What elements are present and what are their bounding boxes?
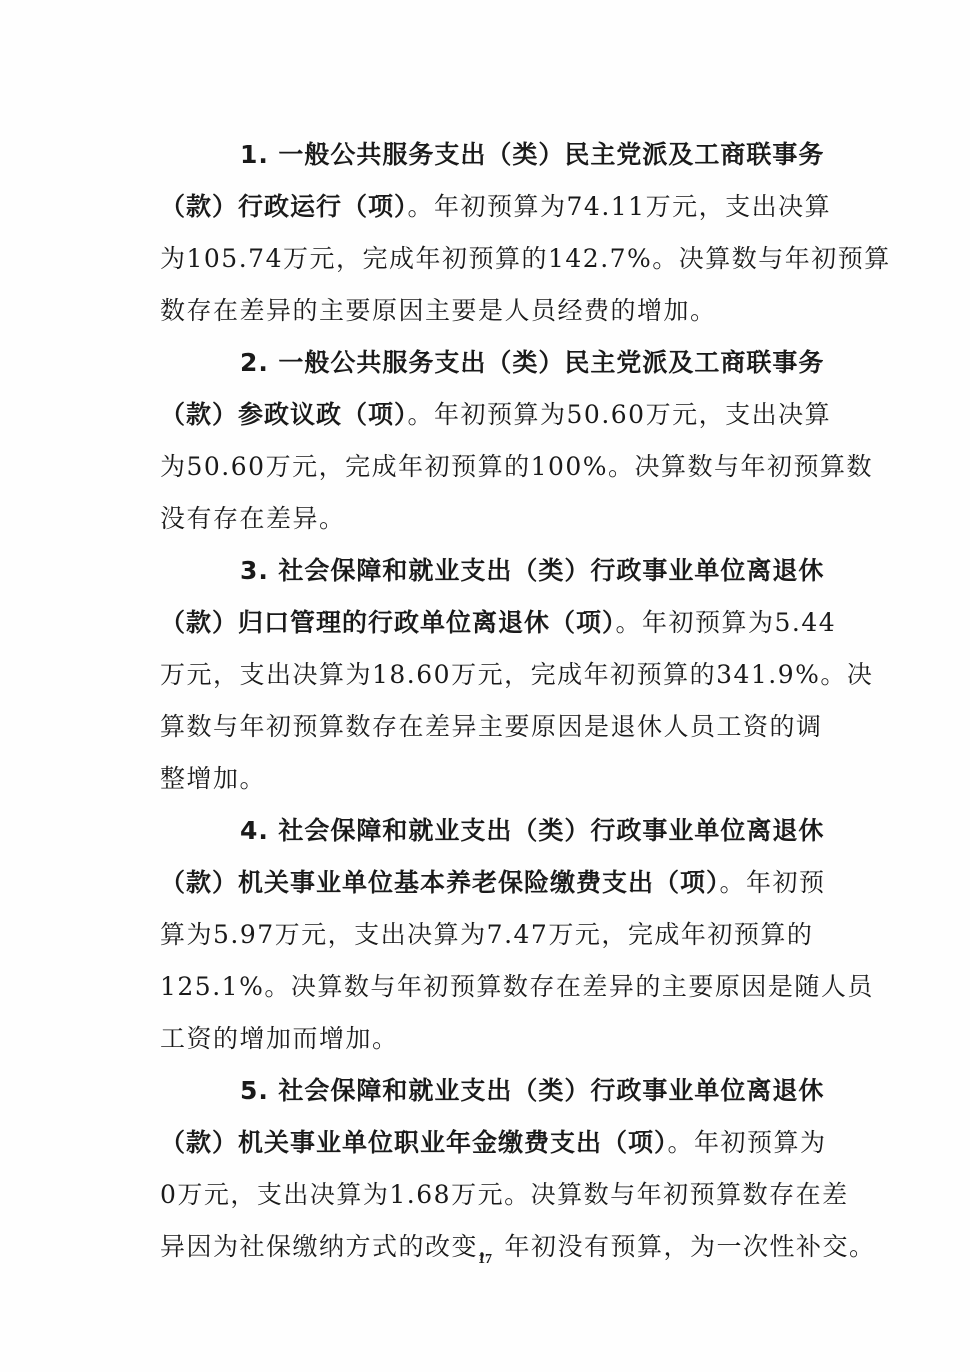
paragraph-1-line: 为105.74万元，完成年初预算的142.7%。决算数与年初预算 xyxy=(160,233,832,285)
item-heading: 社会保障和就业支出（类）行政事业单位离退休 xyxy=(278,1076,824,1105)
paragraph-3-line: 算数与年初预算数存在差异主要原因是退休人员工资的调 xyxy=(160,701,832,753)
body-text: 。年初预算为5.44 xyxy=(616,608,837,637)
body-text: 。年初预 xyxy=(720,868,826,897)
item-heading: 一般公共服务支出（类）民主党派及工商联事务 xyxy=(278,140,824,169)
item-heading: 一般公共服务支出（类）民主党派及工商联事务 xyxy=(278,348,824,377)
paragraph-4-line: （款）机关事业单位基本养老保险缴费支出（项）。年初预 xyxy=(160,857,832,909)
paragraph-4-line: 工资的增加而增加。 xyxy=(160,1013,832,1065)
item-number: 5. xyxy=(240,1076,269,1105)
paragraph-5-line: 0万元，支出决算为1.68万元。决算数与年初预算数存在差 xyxy=(160,1169,832,1221)
document-body: 1. 一般公共服务支出（类）民主党派及工商联事务 （款）行政运行（项）。年初预算… xyxy=(160,129,832,1273)
paragraph-2-line: （款）参政议政（项）。年初预算为50.60万元，支出决算 xyxy=(160,389,832,441)
paragraph-1-line: 数存在差异的主要原因主要是人员经费的增加。 xyxy=(160,285,832,337)
paragraph-3-line: （款）归口管理的行政单位离退休（项）。年初预算为5.44 xyxy=(160,597,832,649)
paragraph-4-line: 125.1%。决算数与年初预算数存在差异的主要原因是随人员 xyxy=(160,961,832,1013)
item-heading-cont: （款）机关事业单位基本养老保险缴费支出（项） xyxy=(160,868,720,897)
body-text: 。年初预算为 xyxy=(668,1128,827,1157)
paragraph-3-line: 整增加。 xyxy=(160,753,832,805)
paragraph-5-heading: 5. 社会保障和就业支出（类）行政事业单位离退休 xyxy=(160,1065,832,1117)
item-number: 1. xyxy=(240,140,269,169)
paragraph-4-heading: 4. 社会保障和就业支出（类）行政事业单位离退休 xyxy=(160,805,832,857)
item-heading-cont: （款）行政运行（项） xyxy=(160,192,408,221)
item-heading-cont: （款）归口管理的行政单位离退休（项） xyxy=(160,608,616,637)
item-heading-cont: （款）机关事业单位职业年金缴费支出（项） xyxy=(160,1128,668,1157)
item-heading-cont: （款）参政议政（项） xyxy=(160,400,408,429)
paragraph-5-line: （款）机关事业单位职业年金缴费支出（项）。年初预算为 xyxy=(160,1117,832,1169)
paragraph-3-line: 万元，支出决算为18.60万元，完成年初预算的341.9%。决 xyxy=(160,649,832,701)
paragraph-2-line: 没有存在差异。 xyxy=(160,493,832,545)
item-heading: 社会保障和就业支出（类）行政事业单位离退休 xyxy=(278,816,824,845)
item-number: 3. xyxy=(240,556,269,585)
item-number: 2. xyxy=(240,348,269,377)
paragraph-1-line: （款）行政运行（项）。年初预算为74.11万元，支出决算 xyxy=(160,181,832,233)
page-number: 17 xyxy=(0,1252,970,1268)
body-text: 。年初预算为50.60万元，支出决算 xyxy=(408,400,832,429)
paragraph-1-heading: 1. 一般公共服务支出（类）民主党派及工商联事务 xyxy=(160,129,832,181)
paragraph-2-line: 为50.60万元，完成年初预算的100%。决算数与年初预算数 xyxy=(160,441,832,493)
item-heading: 社会保障和就业支出（类）行政事业单位离退休 xyxy=(278,556,824,585)
body-text: 。年初预算为74.11万元，支出决算 xyxy=(408,192,832,221)
paragraph-3-heading: 3. 社会保障和就业支出（类）行政事业单位离退休 xyxy=(160,545,832,597)
paragraph-2-heading: 2. 一般公共服务支出（类）民主党派及工商联事务 xyxy=(160,337,832,389)
document-page: 1. 一般公共服务支出（类）民主党派及工商联事务 （款）行政运行（项）。年初预算… xyxy=(0,0,970,1372)
paragraph-4-line: 算为5.97万元，支出决算为7.47万元，完成年初预算的 xyxy=(160,909,832,961)
item-number: 4. xyxy=(240,816,269,845)
